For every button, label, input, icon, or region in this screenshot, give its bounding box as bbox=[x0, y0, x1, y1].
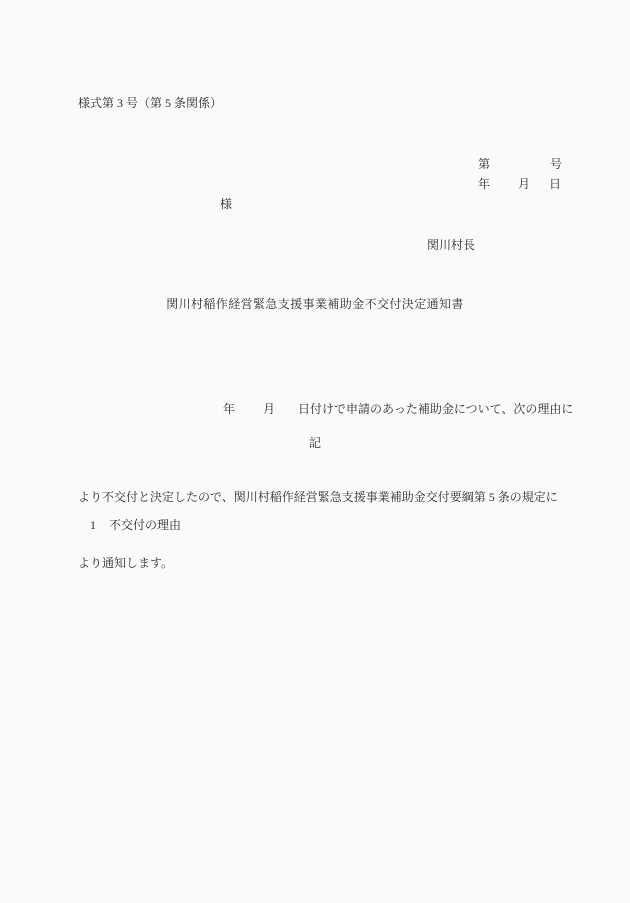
reason-section-label: 不交付の理由 bbox=[109, 518, 181, 532]
record-marker: 記 bbox=[0, 432, 630, 454]
document-page: 様式第 3 号（第 5 条関係） 第号 年月日 様 関川村長 関川村稲作経営緊急… bbox=[0, 0, 630, 903]
document-title: 関川村稲作経営緊急支援事業補助金不交付決定通知書 bbox=[0, 293, 630, 315]
form-number-label: 様式第 3 号（第 5 条関係） bbox=[78, 92, 222, 114]
reason-section-number: 1 bbox=[90, 518, 96, 532]
reason-section-heading: 1不交付の理由 bbox=[78, 492, 181, 558]
date-line: 年月日 bbox=[466, 151, 561, 217]
date-day-label: 日 bbox=[549, 177, 561, 191]
body-line-1-text: 日付けで申請のあった補助金について、次の理由に bbox=[298, 402, 573, 416]
body-paragraph: 年月日付けで申請のあった補助金について、次の理由に より不交付と決定したので、関… bbox=[78, 332, 560, 618]
addressee-honorific: 様 bbox=[220, 193, 232, 215]
body-year-label: 年 bbox=[223, 402, 235, 416]
sender-name: 関川村長 bbox=[427, 234, 475, 256]
date-month-label: 月 bbox=[518, 177, 530, 191]
date-year-label: 年 bbox=[478, 177, 490, 191]
body-month-label: 月 bbox=[263, 402, 275, 416]
